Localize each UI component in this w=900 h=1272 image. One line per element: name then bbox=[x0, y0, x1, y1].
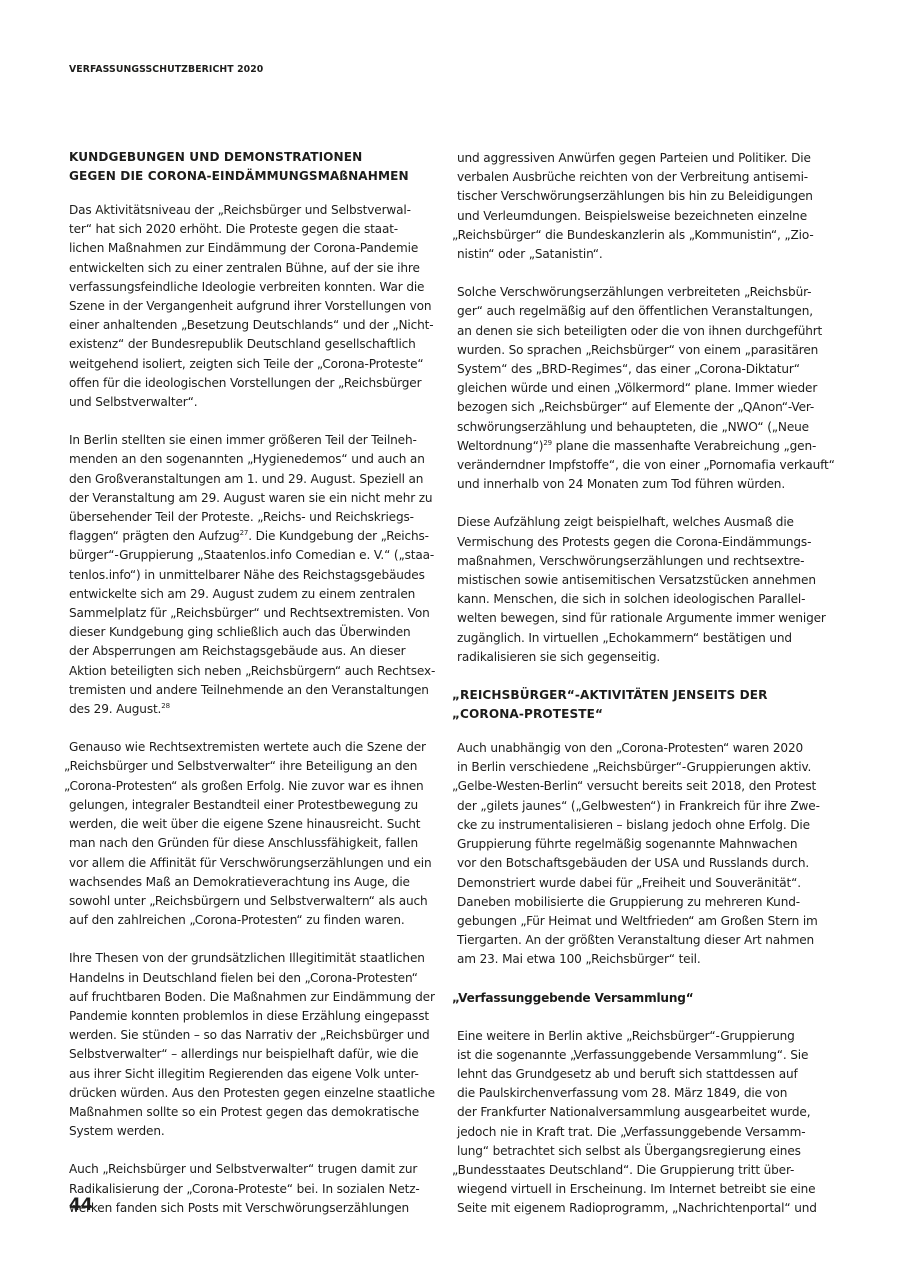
text-line: gleichen würde und einen „Völkermord“ pl… bbox=[457, 379, 837, 398]
heading-line: „REICHSBÜRGER“-AKTIVITÄTEN JENSEITS DER bbox=[452, 686, 837, 705]
text-line: lung“ betrachtet sich selbst als Übergan… bbox=[457, 1142, 837, 1161]
text-line: bezogen sich „Reichsbürger“ auf Elemente… bbox=[457, 398, 837, 417]
text-line: einer anhaltenden „Besetzung Deutschland… bbox=[69, 316, 439, 335]
text-line: Aktion beteiligten sich neben „Reichsbür… bbox=[69, 662, 439, 681]
text-line: Diese Aufzählung zeigt beispielhaft, wel… bbox=[457, 513, 837, 532]
text-line: Das Aktivitätsniveau der „Reichsbürger u… bbox=[69, 201, 439, 220]
text-line: Maßnahmen sollte so ein Protest gegen da… bbox=[69, 1103, 439, 1122]
text-line: welten bewegen, sind für rationale Argum… bbox=[457, 609, 837, 628]
text-line: „Reichsbürger“ die Bundeskanzlerin als „… bbox=[452, 226, 837, 245]
text-line: am 23. Mai etwa 100 „Reichsbürger“ teil. bbox=[457, 950, 837, 969]
text-line: verbalen Ausbrüche reichten von der Verb… bbox=[457, 168, 837, 187]
text-segment: des 29. August. bbox=[69, 702, 161, 716]
text-line: Vermischung des Protests gegen die Coron… bbox=[457, 533, 837, 552]
text-line: entwickelte sich am 29. August zudem zu … bbox=[69, 585, 439, 604]
text-line: „Bundesstaates Deutschland“. Die Gruppie… bbox=[452, 1161, 837, 1180]
text-line: Seite mit eigenem Radioprogramm, „Nachri… bbox=[457, 1199, 837, 1218]
text-line: Selbstverwalter“ – allerdings nur beispi… bbox=[69, 1045, 439, 1064]
text-line: wiegend virtuell in Erscheinung. Im Inte… bbox=[457, 1180, 837, 1199]
text-line: „Gelbe-Westen-Berlin“ versucht bereits s… bbox=[452, 777, 837, 796]
text-line: Auch unabhängig von den „Corona-Proteste… bbox=[457, 739, 837, 758]
text-line: maßnahmen, Verschwörungserzählungen und … bbox=[457, 552, 837, 571]
text-line: vor den Botschaftsgebäuden der USA und R… bbox=[457, 854, 837, 873]
paragraph-success: Genauso wie Rechtsextremisten wertete au… bbox=[69, 738, 439, 930]
section-heading-beyond-corona-protests: „REICHSBÜRGER“-AKTIVITÄTEN JENSEITS DER … bbox=[452, 686, 837, 724]
text-line: gelungen, integraler Bestandteil einer P… bbox=[69, 796, 439, 815]
left-column: KUNDGEBUNGEN UND DEMONSTRATIONEN GEGEN D… bbox=[69, 148, 439, 1237]
text-line: des 29. August.28 bbox=[69, 700, 439, 719]
text-line: lehnt das Grundgesetz ab und beruft sich… bbox=[457, 1065, 837, 1084]
text-line: In Berlin stellten sie einen immer größe… bbox=[69, 431, 439, 450]
text-line: übersehender Teil der Proteste. „Reichs-… bbox=[69, 508, 439, 527]
text-line: Pandemie konnten problemlos in diese Erz… bbox=[69, 1007, 439, 1026]
text-line: Radikalisierung der „Corona-Proteste“ be… bbox=[69, 1180, 439, 1199]
text-segment: . Die Kundgebung der „Reichs- bbox=[248, 529, 429, 543]
text-line: dieser Kundgebung ging schließlich auch … bbox=[69, 623, 439, 642]
text-line: bürger“-Gruppierung „Staatenlos.info Com… bbox=[69, 546, 439, 565]
text-line: verfassungsfeindliche Ideologie verbreit… bbox=[69, 278, 439, 297]
text-line: Auch „Reichsbürger und Selbstverwalter“ … bbox=[69, 1160, 439, 1179]
text-line: jedoch nie in Kraft trat. Die „Verfassun… bbox=[457, 1123, 837, 1142]
text-line: weitgehend isoliert, zeigten sich Teile … bbox=[69, 355, 439, 374]
paragraph-gelbe-westen: Auch unabhängig von den „Corona-Proteste… bbox=[457, 739, 837, 969]
text-line: System werden. bbox=[69, 1122, 439, 1141]
text-line: zugänglich. In virtuellen „Echokammern“ … bbox=[457, 629, 837, 648]
footnote-28[interactable]: 28 bbox=[161, 702, 170, 710]
text-line: Solche Verschwörungserzählungen verbreit… bbox=[457, 283, 837, 302]
paragraph-radicalization: Auch „Reichsbürger und Selbstverwalter“ … bbox=[69, 1160, 439, 1218]
text-line: cke zu instrumentalisieren – bislang jed… bbox=[457, 816, 837, 835]
text-segment: Weltordnung“) bbox=[457, 439, 543, 453]
text-line: veränderndner Impfstoffe“, die von einer… bbox=[457, 456, 837, 475]
footnote-29[interactable]: 29 bbox=[543, 439, 552, 447]
text-line: man nach den Gründen für diese Anschluss… bbox=[69, 834, 439, 853]
text-line: drücken würden. Aus den Protesten gegen … bbox=[69, 1084, 439, 1103]
text-line: flaggen“ prägten den Aufzug27. Die Kundg… bbox=[69, 527, 439, 546]
text-line: und aggressiven Anwürfen gegen Parteien … bbox=[457, 149, 837, 168]
section-heading-corona-demonstrations: KUNDGEBUNGEN UND DEMONSTRATIONEN GEGEN D… bbox=[69, 148, 439, 186]
text-line: Genauso wie Rechtsextremisten wertete au… bbox=[69, 738, 439, 757]
text-line: werden. Sie stünden – so das Narrativ de… bbox=[69, 1026, 439, 1045]
text-line: schwörungserzählung und behaupteten, die… bbox=[457, 418, 837, 437]
text-line: und Verleumdungen. Beispielsweise bezeic… bbox=[457, 207, 837, 226]
text-line: existenz“ der Bundesrepublik Deutschland… bbox=[69, 335, 439, 354]
text-line: Demonstriert wurde dabei für „Freiheit u… bbox=[457, 874, 837, 893]
heading-line: KUNDGEBUNGEN UND DEMONSTRATIONEN bbox=[69, 148, 439, 167]
text-line: Sammelplatz für „Reichsbürger“ und Recht… bbox=[69, 604, 439, 623]
paragraph-verfassunggebende-versammlung: Eine weitere in Berlin aktive „Reichsbür… bbox=[457, 1027, 837, 1219]
text-line: tremisten und andere Teilnehmende an den… bbox=[69, 681, 439, 700]
text-line: werken fanden sich Posts mit Verschwörun… bbox=[69, 1199, 439, 1218]
paragraph-theses: Ihre Thesen von der grundsätzlichen Ille… bbox=[69, 949, 439, 1141]
text-line: sowohl unter „Reichsbürgern und Selbstve… bbox=[69, 892, 439, 911]
text-line: auf den zahlreichen „Corona-Protesten“ z… bbox=[69, 911, 439, 930]
right-column: und aggressiven Anwürfen gegen Parteien … bbox=[457, 149, 837, 1238]
text-line: ter“ hat sich 2020 erhöht. Die Proteste … bbox=[69, 220, 439, 239]
text-line: System“ des „BRD-Regimes“, das einer „Co… bbox=[457, 360, 837, 379]
text-line: der „gilets jaunes“ („Gelbwesten“) in Fr… bbox=[457, 797, 837, 816]
text-line: Weltordnung“)29 plane die massenhafte Ve… bbox=[457, 437, 837, 456]
paragraph-berlin-protests: In Berlin stellten sie einen immer größe… bbox=[69, 431, 439, 719]
text-line: wurden. So sprachen „Reichsbürger“ von e… bbox=[457, 341, 837, 360]
text-line: vor allem die Affinität für Verschwörung… bbox=[69, 854, 439, 873]
text-line: gebungen „Für Heimat und Weltfrieden“ am… bbox=[457, 912, 837, 931]
text-line: und innerhalb von 24 Monaten zum Tod füh… bbox=[457, 475, 837, 494]
footnote-27[interactable]: 27 bbox=[240, 529, 249, 537]
text-line: Eine weitere in Berlin aktive „Reichsbür… bbox=[457, 1027, 837, 1046]
text-line: in Berlin verschiedene „Reichsbürger“-Gr… bbox=[457, 758, 837, 777]
text-line: der Frankfurter Nationalversammlung ausg… bbox=[457, 1103, 837, 1122]
text-line: Szene in der Vergangenheit aufgrund ihre… bbox=[69, 297, 439, 316]
text-line: Daneben mobilisierte die Gruppierung zu … bbox=[457, 893, 837, 912]
text-line: „Reichsbürger und Selbstverwalter“ ihre … bbox=[64, 757, 439, 776]
text-line: ist die sogenannte „Verfassunggebende Ve… bbox=[457, 1046, 837, 1065]
text-line: die Paulskirchenverfassung vom 28. März … bbox=[457, 1084, 837, 1103]
page-number: 44 bbox=[69, 1195, 93, 1215]
text-line: Handelns in Deutschland fielen bei den „… bbox=[69, 969, 439, 988]
text-line: Tiergarten. An der größten Veranstaltung… bbox=[457, 931, 837, 950]
running-header: VERFASSUNGSSCHUTZBERICHT 2020 bbox=[69, 64, 263, 75]
text-line: Ihre Thesen von der grundsätzlichen Ille… bbox=[69, 949, 439, 968]
text-line: radikalisieren sie sich gegenseitig. bbox=[457, 648, 837, 667]
paragraph-aggressive-posts: und aggressiven Anwürfen gegen Parteien … bbox=[457, 149, 837, 264]
text-line: tenlos.info“) in unmittelbarer Nähe des … bbox=[69, 566, 439, 585]
text-line: nistin“ oder „Satanistin“. bbox=[457, 245, 837, 264]
text-line: wachsendes Maß an Demokratieverachtung i… bbox=[69, 873, 439, 892]
text-line: Gruppierung führte regelmäßig sogenannte… bbox=[457, 835, 837, 854]
text-line: auf fruchtbaren Boden. Die Maßnahmen zur… bbox=[69, 988, 439, 1007]
text-line: entwickelten sich zu einer zentralen Büh… bbox=[69, 259, 439, 278]
text-line: kann. Menschen, die sich in solchen ideo… bbox=[457, 590, 837, 609]
heading-line: „CORONA-PROTESTE“ bbox=[452, 705, 837, 724]
text-segment: plane die massenhafte Verabreichung „gen… bbox=[552, 439, 816, 453]
text-line: den Großveranstaltungen am 1. und 29. Au… bbox=[69, 470, 439, 489]
text-line: „Corona-Protesten“ als großen Erfolg. Ni… bbox=[64, 777, 439, 796]
text-line: werden, die weit über die eigene Szene h… bbox=[69, 815, 439, 834]
text-line: tischer Verschwörungserzählungen bis hin… bbox=[457, 187, 837, 206]
text-segment: flaggen“ prägten den Aufzug bbox=[69, 529, 240, 543]
text-line: und Selbstverwalter“. bbox=[69, 393, 439, 412]
text-line: menden an den sogenannten „Hygienedemos“… bbox=[69, 450, 439, 469]
text-line: ger“ auch regelmäßig auf den öffentliche… bbox=[457, 302, 837, 321]
heading-line: GEGEN DIE CORONA-EINDÄMMUNGSMAßNAHMEN bbox=[69, 167, 439, 186]
paragraph-activity-level: Das Aktivitätsniveau der „Reichsbürger u… bbox=[69, 201, 439, 412]
paragraph-enumeration: Diese Aufzählung zeigt beispielhaft, wel… bbox=[457, 513, 837, 667]
text-line: an denen sie sich beteiligten oder die v… bbox=[457, 322, 837, 341]
text-line: offen für die ideologischen Vorstellunge… bbox=[69, 374, 439, 393]
text-line: der Veranstaltung am 29. August waren si… bbox=[69, 489, 439, 508]
text-line: der Absperrungen am Reichstagsgebäude au… bbox=[69, 642, 439, 661]
text-line: mistischen sowie antisemitischen Versatz… bbox=[457, 571, 837, 590]
text-line: lichen Maßnahmen zur Eindämmung der Coro… bbox=[69, 239, 439, 258]
subheading-verfassunggebende-versammlung: „Verfassunggebende Versammlung“ bbox=[452, 989, 837, 1008]
paragraph-conspiracy-narratives: Solche Verschwörungserzählungen verbreit… bbox=[457, 283, 837, 494]
text-line: aus ihrer Sicht illegitim Regierenden da… bbox=[69, 1065, 439, 1084]
